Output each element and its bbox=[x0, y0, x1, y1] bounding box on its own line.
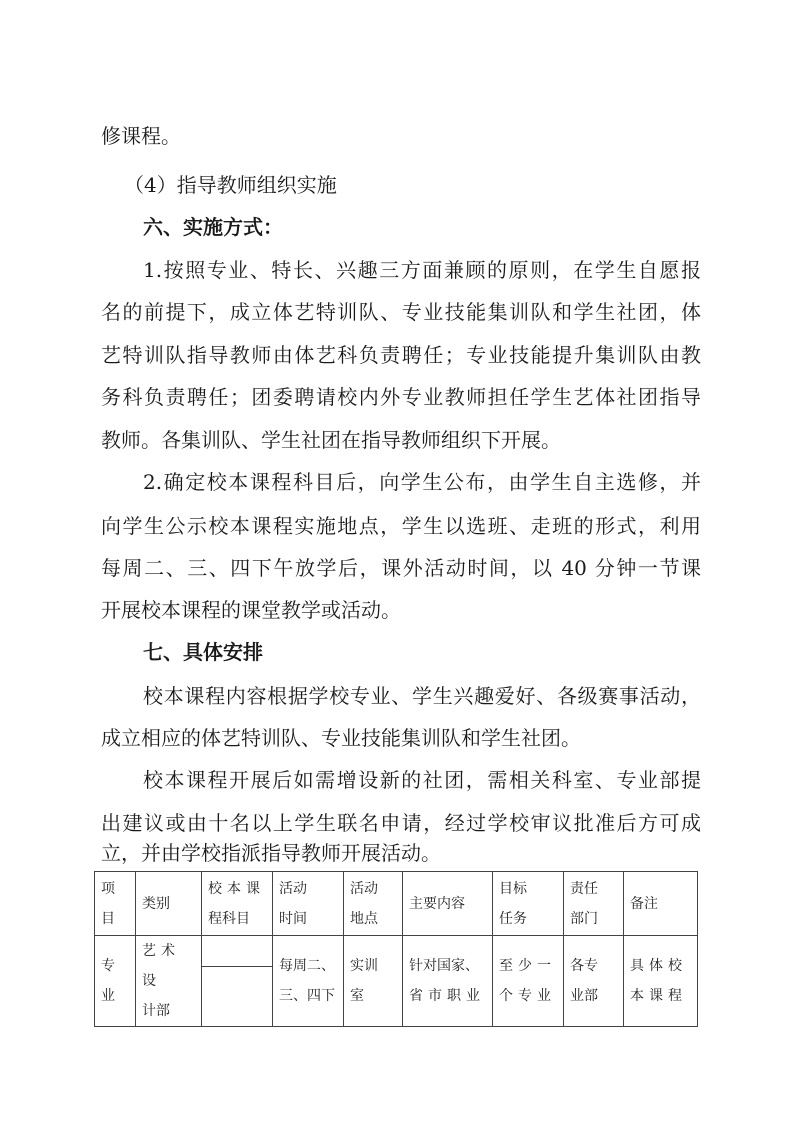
header-cell-target-task: 目标任务 bbox=[493, 872, 564, 936]
list-item-4: （4）指导教师组织实施 bbox=[124, 170, 337, 200]
paragraph-line: 成立相应的体艺特训队、专业技能集训队和学生社团。 bbox=[101, 723, 701, 753]
paragraph-line: 校本课程开展后如需增设新的社团，需相关科室、专业部提 bbox=[143, 765, 701, 795]
cell-activity-time: 每周二、三、四下 bbox=[273, 936, 344, 1027]
section-heading-7: 七、具体安排 bbox=[143, 637, 263, 667]
paragraph-line: 名的前提下，成立体艺特训队、专业技能集训队和学生社团，体 bbox=[101, 297, 701, 327]
paragraph-line: 每周二、三、四下午放学后，课外活动时间，以 40 分钟一节课 bbox=[101, 553, 701, 583]
cell-main-content: 针对国家、省市职业 bbox=[403, 936, 493, 1027]
paragraph-line: 1.按照专业、特长、兴趣三方面兼顾的原则，在学生自愿报 bbox=[143, 255, 701, 285]
schedule-table: 项目 类别 校本课程科目 活动时间 活动地点 主要内容 目标任务 责任部门 备注… bbox=[94, 871, 698, 1027]
paragraph-line: 立，并由学校指派指导教师开展活动。 bbox=[101, 838, 701, 868]
header-cell-course-subject: 校本课程科目 bbox=[202, 872, 273, 936]
paragraph-line: 校本课程内容根据学校专业、学生兴趣爱好、各级赛事活动， bbox=[143, 681, 701, 711]
table-row: 专业 艺术设计部 每周二、三、四下 实训室 针对国家、省市职业 至少一个专业 各… bbox=[95, 936, 698, 1027]
header-cell-activity-location: 活动地点 bbox=[344, 872, 403, 936]
paragraph-line: 2.确定校本课程科目后，向学生公布，由学生自主选修，并 bbox=[143, 467, 701, 497]
section-heading-6: 六、实施方式： bbox=[143, 212, 283, 242]
cell-target-task: 至少一个专业 bbox=[493, 936, 564, 1027]
cell-item: 专业 bbox=[95, 936, 136, 1027]
cell-remarks: 具体校本课程 bbox=[624, 936, 698, 1027]
header-cell-activity-time: 活动时间 bbox=[273, 872, 344, 936]
cell-responsible-dept: 各专业部 bbox=[564, 936, 624, 1027]
table-header-row: 项目 类别 校本课程科目 活动时间 活动地点 主要内容 目标任务 责任部门 备注 bbox=[95, 872, 698, 936]
cell-category: 艺术设计部 bbox=[136, 936, 202, 1027]
paragraph-line: 出建议或由十名以上学生联名申请，经过学校审议批准后方可成 bbox=[101, 808, 701, 838]
header-cell-item: 项目 bbox=[95, 872, 136, 936]
paragraph-continuation: 修课程。 bbox=[101, 121, 701, 151]
paragraph-line: 教师。各集训队、学生社团在指导教师组织下开展。 bbox=[101, 425, 701, 455]
paragraph-line: 艺特训队指导教师由体艺科负责聘任；专业技能提升集训队由教 bbox=[101, 340, 701, 370]
header-cell-responsible-dept: 责任部门 bbox=[564, 872, 624, 936]
paragraph-line: 务科负责聘任；团委聘请校内外专业教师担任学生艺体社团指导 bbox=[101, 382, 701, 412]
paragraph-line: 开展校本课程的课堂教学或活动。 bbox=[101, 595, 701, 625]
cell-course-subject bbox=[202, 936, 273, 1027]
cell-activity-location: 实训室 bbox=[344, 936, 403, 1027]
header-cell-main-content: 主要内容 bbox=[403, 872, 493, 936]
paragraph-line: 向学生公示校本课程实施地点，学生以选班、走班的形式，利用 bbox=[101, 511, 701, 541]
header-cell-remarks: 备注 bbox=[624, 872, 698, 936]
header-cell-category: 类别 bbox=[136, 872, 202, 936]
